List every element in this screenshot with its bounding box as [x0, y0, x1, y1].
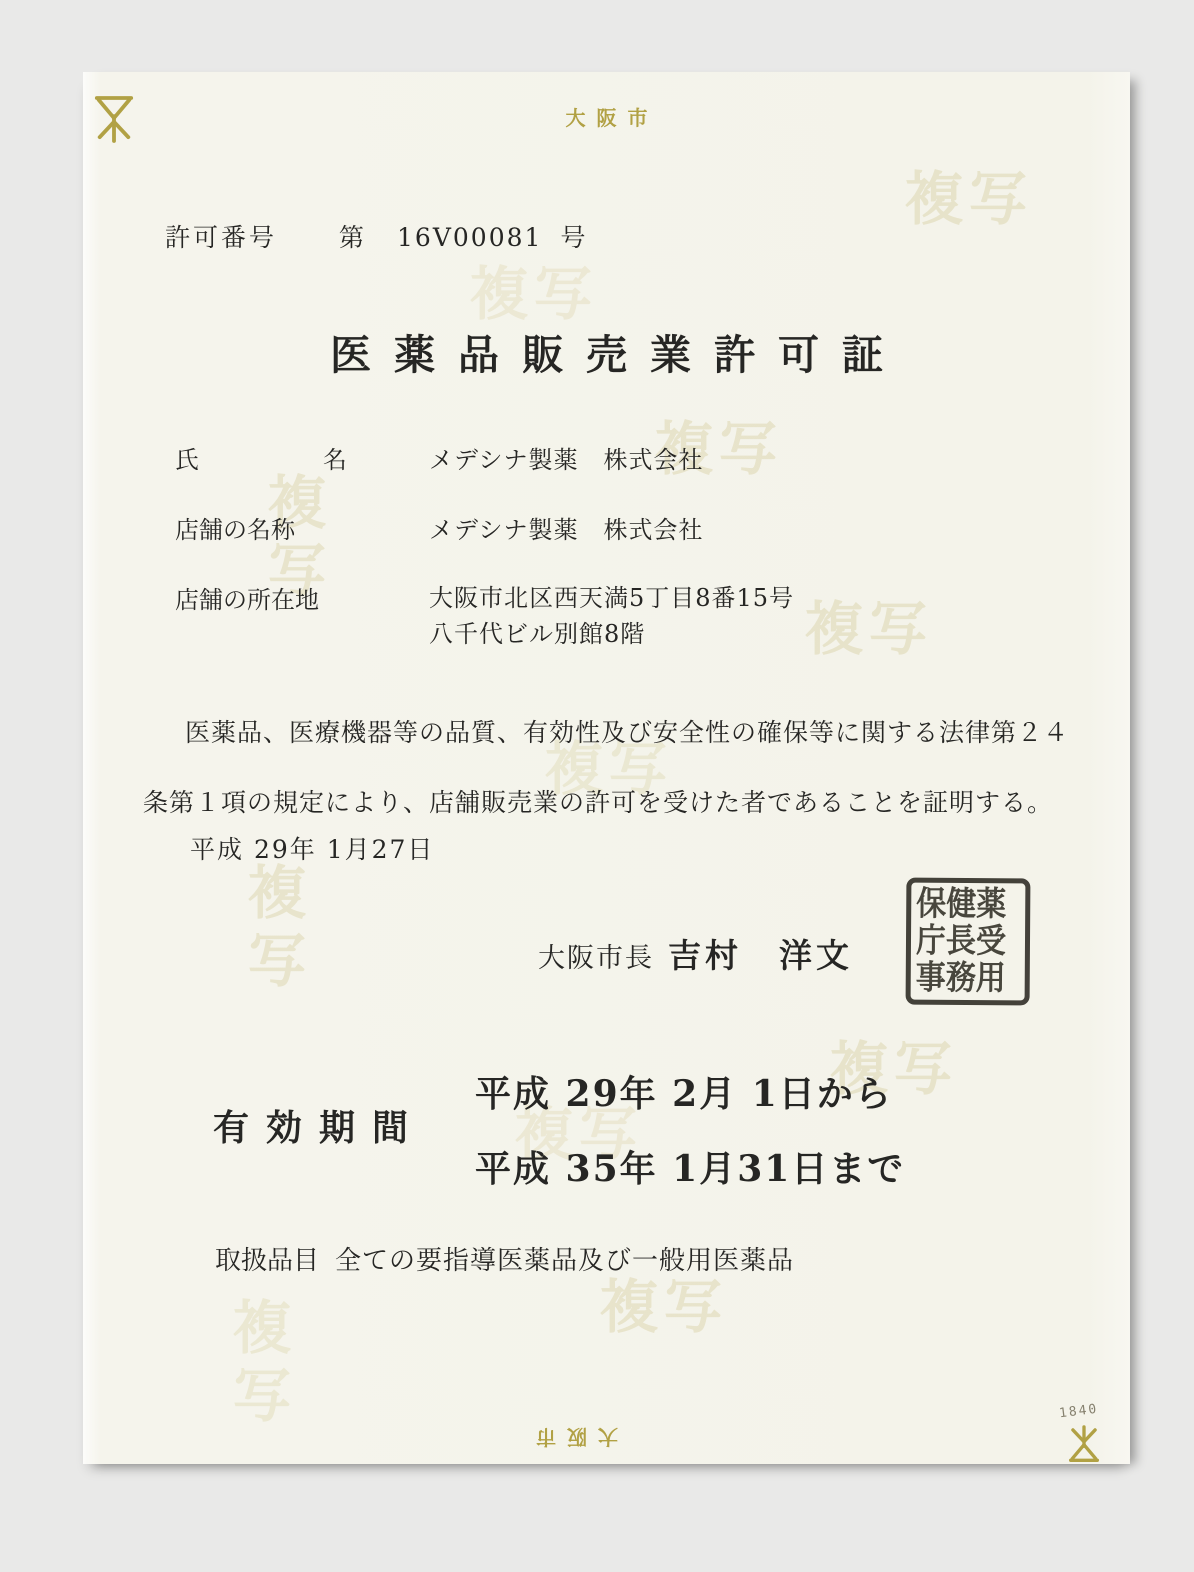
- certification-statement: 医薬品、医療機器等の品質、有効性及び安全性の確保等に関する法律第２４条第１項の規…: [143, 698, 1078, 838]
- copy-watermark: 複写: [805, 582, 933, 666]
- issue-date: 平成 29年 1月27日: [190, 830, 434, 866]
- signer-title: 大阪市長: [538, 943, 654, 974]
- signature-line: 大阪市長吉村 洋文: [538, 930, 853, 977]
- field-shop-name: 店舗の名称 メデシナ製薬 株式会社: [175, 510, 704, 545]
- seal-glyph-row: 保健薬: [916, 887, 1020, 921]
- permit-number-line: 許可番号第16V00081号: [165, 218, 588, 254]
- scanned-certificate-page: { "document": { "header": { "city": "大阪市…: [0, 0, 1194, 1572]
- copy-watermark: 複写: [905, 152, 1033, 236]
- field-value: 大阪市北区西天満5丁目8番15号八千代ビル別館8階: [429, 580, 794, 652]
- field-label: 店舗の所在地: [175, 580, 347, 652]
- copy-watermark: 複写: [470, 247, 598, 331]
- field-label: 氏名: [175, 440, 347, 475]
- validity-to-date: 平成 35年 1月31日まで: [475, 1141, 905, 1192]
- field-holder-name: 氏名 メデシナ製薬 株式会社: [175, 440, 704, 475]
- permit-number-label: 許可番号: [165, 223, 277, 252]
- handled-items-line: 取扱品目全ての要指導医薬品及び一般用医薬品: [215, 1240, 794, 1277]
- seal-glyph-row: 庁長受: [916, 924, 1020, 958]
- field-value: メデシナ製薬 株式会社: [429, 440, 704, 475]
- handwritten-note: 1840: [1058, 1402, 1099, 1422]
- permit-number-prefix: 第: [339, 223, 367, 252]
- document-title: 医薬品販売業許可証: [83, 322, 1130, 381]
- permit-number-suffix: 号: [560, 223, 588, 252]
- validity-period-label: 有効期間: [213, 1100, 425, 1151]
- handled-items-value: 全ての要指導医薬品及び一般用医薬品: [335, 1246, 794, 1276]
- signer-name: 吉村 洋文: [668, 936, 853, 975]
- permit-number-value: 16V00081: [397, 223, 542, 252]
- certificate-paper: 複写 複写 複写 複写 複写 複写 複写 複写 複写 複写 複写 大阪市 許可番…: [83, 72, 1130, 1464]
- field-label: 店舗の名称: [175, 510, 347, 545]
- registration-mark-icon: [1067, 1424, 1101, 1464]
- header-city-label: 大阪市: [83, 102, 1130, 131]
- field-value: メデシナ製薬 株式会社: [429, 510, 704, 545]
- footer-city-label: 大阪市: [477, 1424, 677, 1453]
- copy-watermark: 複写: [215, 1297, 299, 1433]
- official-seal-stamp: 保健薬 庁長受 事務用: [906, 878, 1031, 1006]
- seal-glyph-row: 事務用: [916, 961, 1020, 995]
- validity-from-date: 平成 29年 2月 1日から: [475, 1066, 893, 1117]
- field-shop-address: 店舗の所在地 大阪市北区西天満5丁目8番15号八千代ビル別館8階: [175, 580, 794, 652]
- copy-watermark: 複写: [230, 862, 314, 998]
- handled-items-label: 取扱品目: [215, 1246, 319, 1276]
